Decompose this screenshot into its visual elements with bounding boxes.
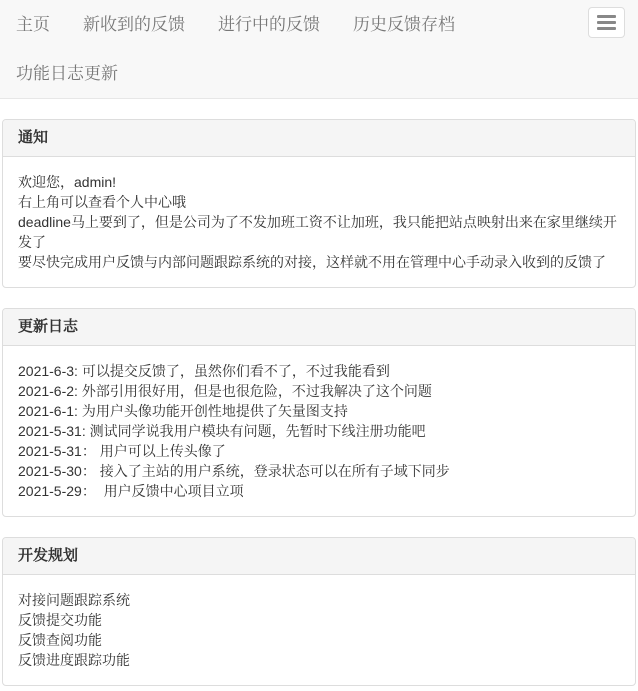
roadmap-panel: 开发规划 对接问题跟踪系统 反馈提交功能 反馈查阅功能 反馈进度跟踪功能 bbox=[2, 537, 636, 686]
changelog-panel-body: 2021-6-3: 可以提交反馈了，虽然你们看不了，不过我能看到 2021-6-… bbox=[3, 346, 635, 516]
nav-item-history-archive[interactable]: 历史反馈存档 bbox=[338, 0, 470, 49]
hamburger-icon bbox=[597, 15, 616, 30]
roadmap-item: 反馈提交功能 bbox=[18, 610, 620, 630]
changelog-entry: 2021-6-1: 为用户头像功能开创性地提供了矢量图支持 bbox=[18, 401, 620, 421]
nav-link-home[interactable]: 主页 bbox=[1, 0, 65, 49]
hamburger-bar bbox=[597, 21, 616, 24]
nav-link-history-archive[interactable]: 历史反馈存档 bbox=[338, 0, 470, 49]
changelog-panel-title: 更新日志 bbox=[3, 309, 635, 346]
changelog-panel: 更新日志 2021-6-3: 可以提交反馈了，虽然你们看不了，不过我能看到 20… bbox=[2, 308, 636, 517]
nav-link-feature-changelog[interactable]: 功能日志更新 bbox=[1, 49, 133, 98]
nav-link-new-feedback[interactable]: 新收到的反馈 bbox=[68, 0, 200, 49]
navbar: 主页 新收到的反馈 进行中的反馈 历史反馈存档 功能日志更新 bbox=[0, 0, 638, 99]
menu-toggle-button[interactable] bbox=[588, 7, 625, 38]
roadmap-item: 对接问题跟踪系统 bbox=[18, 590, 620, 610]
changelog-entry: 2021-5-30： 接入了主站的用户系统，登录状态可以在所有子域下同步 bbox=[18, 461, 620, 481]
hamburger-bar bbox=[597, 15, 616, 18]
notice-line: 右上角可以查看个人中心哦 bbox=[18, 192, 620, 212]
roadmap-item: 反馈进度跟踪功能 bbox=[18, 650, 620, 670]
hamburger-bar bbox=[597, 27, 616, 30]
changelog-entry: 2021-6-2: 外部引用很好用，但是也很危险，不过我解决了这个问题 bbox=[18, 381, 620, 401]
notice-line: deadline马上要到了，但是公司为了不发加班工资不让加班，我只能把站点映射出… bbox=[18, 212, 620, 252]
notice-panel-title: 通知 bbox=[3, 120, 635, 157]
notice-panel-body: 欢迎您，admin! 右上角可以查看个人中心哦 deadline马上要到了，但是… bbox=[3, 157, 635, 287]
nav-menu: 主页 新收到的反馈 进行中的反馈 历史反馈存档 功能日志更新 bbox=[0, 0, 638, 98]
changelog-entry: 2021-5-31： 用户可以上传头像了 bbox=[18, 441, 620, 461]
changelog-entry: 2021-5-29： 用户反馈中心项目立项 bbox=[18, 481, 620, 501]
nav-item-feature-changelog[interactable]: 功能日志更新 bbox=[1, 49, 133, 98]
roadmap-panel-title: 开发规划 bbox=[3, 538, 635, 575]
nav-item-inprogress-feedback[interactable]: 进行中的反馈 bbox=[203, 0, 335, 49]
roadmap-panel-body: 对接问题跟踪系统 反馈提交功能 反馈查阅功能 反馈进度跟踪功能 bbox=[3, 575, 635, 685]
notice-panel: 通知 欢迎您，admin! 右上角可以查看个人中心哦 deadline马上要到了… bbox=[2, 119, 636, 288]
notice-line: 要尽快完成用户反馈与内部问题跟踪系统的对接，这样就不用在管理中心手动录入收到的反… bbox=[18, 252, 620, 272]
notice-line: 欢迎您，admin! bbox=[18, 172, 620, 192]
nav-item-home[interactable]: 主页 bbox=[1, 0, 65, 49]
changelog-entry: 2021-5-31: 测试同学说我用户模块有问题，先暂时下线注册功能吧 bbox=[18, 421, 620, 441]
nav-link-inprogress-feedback[interactable]: 进行中的反馈 bbox=[203, 0, 335, 49]
nav-item-new-feedback[interactable]: 新收到的反馈 bbox=[68, 0, 200, 49]
changelog-entry: 2021-6-3: 可以提交反馈了，虽然你们看不了，不过我能看到 bbox=[18, 361, 620, 381]
roadmap-item: 反馈查阅功能 bbox=[18, 630, 620, 650]
